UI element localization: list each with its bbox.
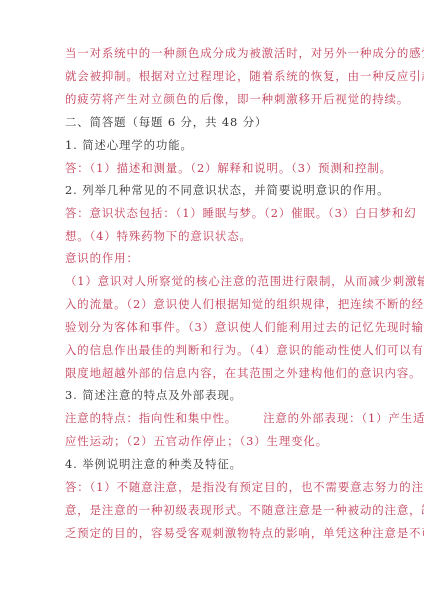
answer-1: 答：（1）描述和测量。（2）解释和说明。（3）预测和控制。	[65, 161, 392, 175]
answer-line: （1）意识对人所察觉的核心注意的范围进行限制，从而减少刺激输	[65, 274, 424, 288]
answer-line: 入的信息作出最佳的判断和行为。（4）意识的能动性使人们可以有	[65, 343, 424, 357]
question-1: 1. 简述心理学的功能。	[65, 138, 193, 152]
answer-line: 当一对系统中的一种颜色成分成为被激活时，对另外一种成分的感觉	[65, 46, 424, 60]
answer-line: 的疲劳将产生对立颜色的后像，即一种刺激移开后视觉的持续。	[65, 92, 409, 106]
answer-line: 入的流量。（2）意识使人们根据知觉的组织规律，把连续不断的经	[65, 297, 424, 311]
answer-line: 就会被抑制。根据对立过程理论，随着系统的恢复，由一种反应引起	[65, 69, 424, 83]
question-2: 2. 列举几种常见的不同意识状态，并简要说明意识的作用。	[65, 183, 389, 197]
answer-line: 答：（1）不随意注意，是指没有预定目的，也不需要意志努力的注	[65, 480, 424, 494]
answer-line: 答：意识状态包括：（1）睡眠与梦。（2）催眠。（3）白日梦和幻	[65, 206, 416, 220]
answer-line: 验划分为客体和事件。（3）意识使人们能利用过去的记忆先现时输	[65, 320, 424, 334]
attention-features: 注意的特点：指向性和集中性。	[65, 411, 237, 425]
answer-subheading: 意识的作用：	[65, 251, 139, 265]
answer-line: 应性运动；（2）五官动作停止；（3）生理变化。	[65, 434, 328, 448]
document-page: 当一对系统中的一种颜色成分成为被激活时，对另外一种成分的感觉 就会被抑制。根据对…	[0, 0, 424, 600]
attention-external-signs: 注意的外部表现：（1）产生适	[263, 411, 424, 425]
section-heading: 二、简答题（每题 6 分，共 48 分）	[65, 115, 267, 129]
answer-line: 限度地超越外部的信息内容，在其范围之外建构他们的意识内容。	[65, 366, 421, 380]
question-4: 4. 举例说明注意的种类及特征。	[65, 457, 242, 471]
answer-line: 想。（4）特殊药物下的意识状态。	[65, 229, 252, 243]
answer-3-line: 注意的特点：指向性和集中性。注意的外部表现：（1）产生适	[65, 411, 424, 425]
answer-line: 乏预定的目的，容易受客观刺激物特点的影响，单凭这种注意是不可	[65, 526, 424, 540]
answer-line: 意，是注意的一种初级表现形式。不随意注意是一种被动的注意，缺	[65, 503, 424, 517]
question-3: 3. 简述注意的特点及外部表现。	[65, 388, 242, 402]
